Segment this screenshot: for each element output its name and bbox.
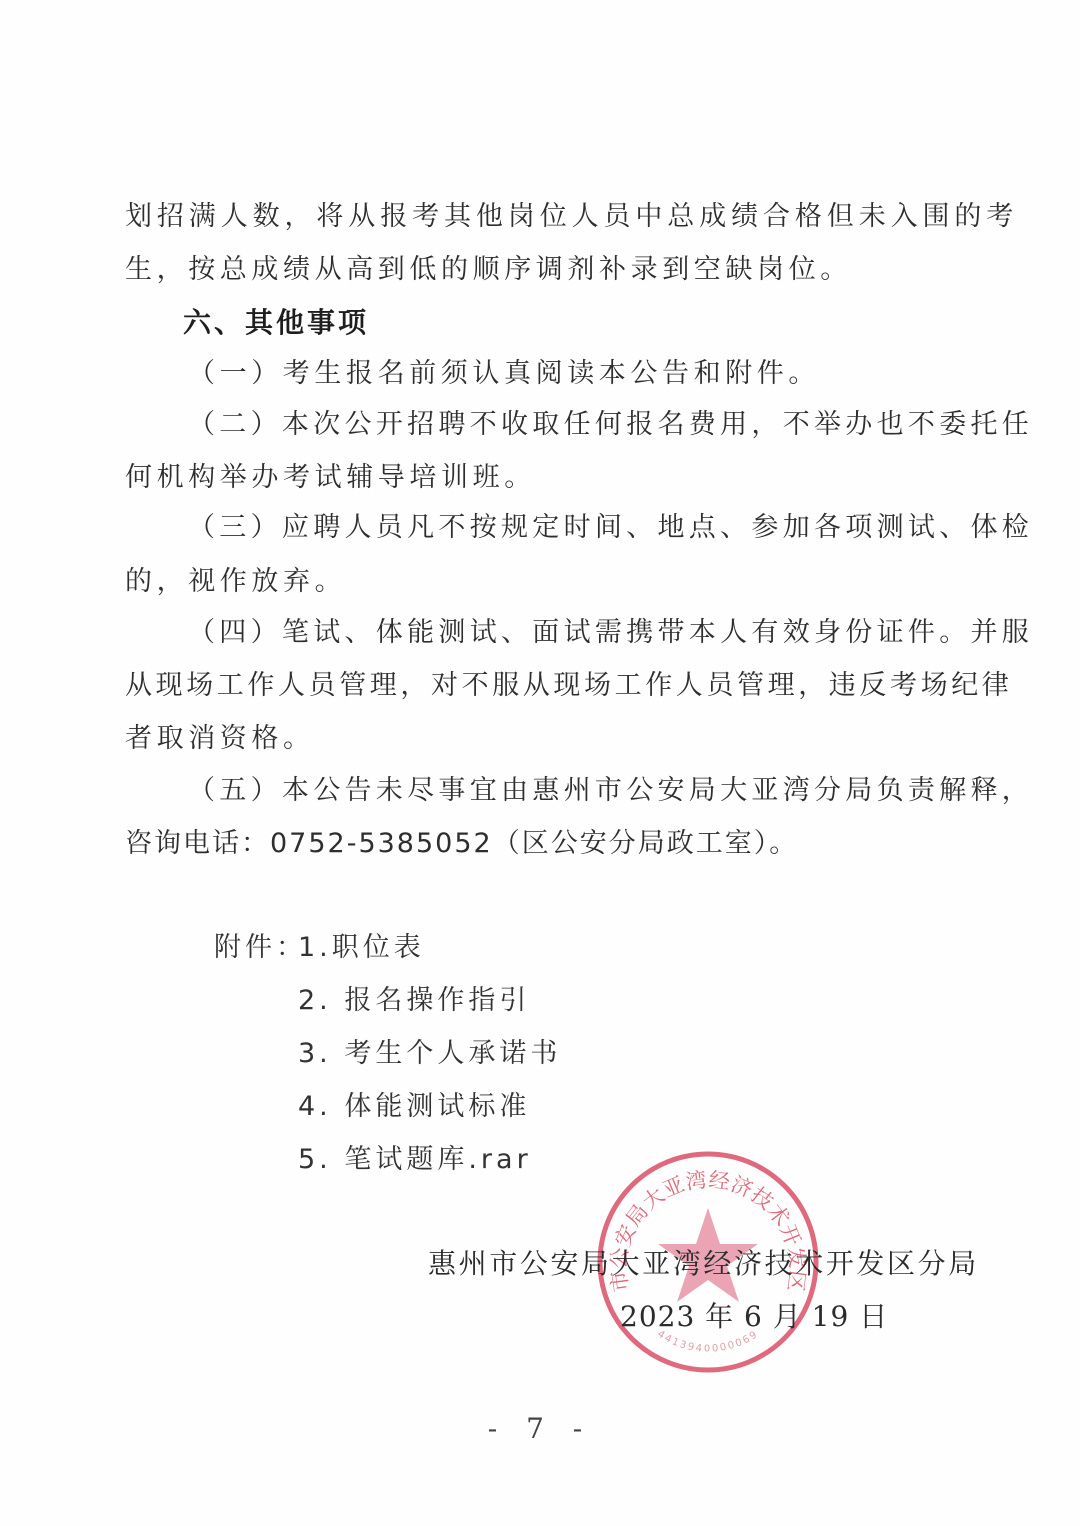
signing-date: 2023 年 6 月 19 日 — [620, 1290, 888, 1343]
page-number: - 7 - — [0, 1412, 1080, 1445]
attachment-item: 1.职位表 — [298, 921, 425, 974]
list-item: （五）本公告未尽事宜由惠州市公安局大亚湾分局负责解释， — [188, 764, 988, 817]
list-item-continuation: 者取消资格。 — [125, 712, 925, 765]
list-item-continuation: 咨询电话：0752-5385052（区公安分局政工室）。 — [125, 817, 925, 870]
list-item-continuation: 从现场工作人员管理，对不服从现场工作人员管理，违反考场纪律 — [125, 659, 925, 712]
attachment-item: 5. 笔试题库.rar — [298, 1133, 532, 1186]
list-item: （四）笔试、体能测试、面试需携带本人有效身份证件。并服 — [188, 606, 988, 659]
section-heading: 六、其他事项 — [183, 296, 369, 349]
attachment-item: 4. 体能测试标准 — [298, 1080, 530, 1133]
list-item-continuation: 何机构举办考试辅导培训班。 — [125, 451, 925, 504]
list-item-continuation: 的，视作放弃。 — [125, 555, 925, 608]
list-item: （三）应聘人员凡不按规定时间、地点、参加各项测试、体检 — [188, 501, 988, 554]
attachments-label: 附件： — [214, 921, 307, 974]
list-item: （二）本次公开招聘不收取任何报名费用，不举办也不委托任 — [188, 398, 988, 451]
paragraph-line: 生，按总成绩从高到低的顺序调剂补录到空缺岗位。 — [125, 243, 925, 296]
attachment-item: 3. 考生个人承诺书 — [298, 1027, 561, 1080]
signing-organization: 惠州市公安局大亚湾经济技术开发区分局 — [428, 1237, 979, 1290]
document-page: 划招满人数，将从报考其他岗位人员中总成绩合格但未入围的考 生，按总成绩从高到低的… — [0, 0, 1080, 1526]
list-item: （一）考生报名前须认真阅读本公告和附件。 — [188, 347, 988, 400]
attachment-item: 2. 报名操作指引 — [298, 974, 530, 1027]
paragraph-line: 划招满人数，将从报考其他岗位人员中总成绩合格但未入围的考 — [125, 190, 925, 243]
